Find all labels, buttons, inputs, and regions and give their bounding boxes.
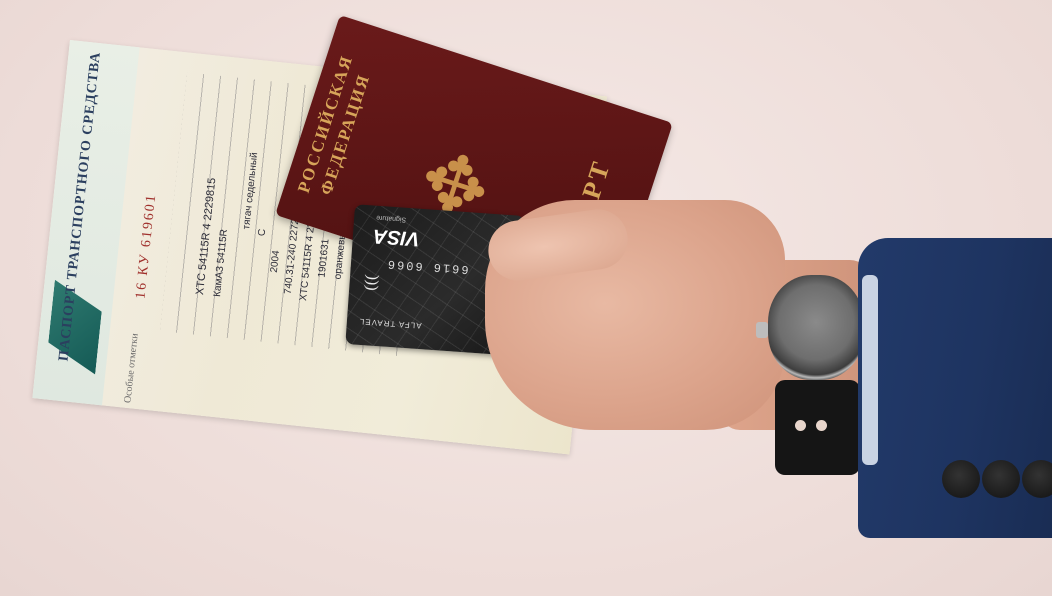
- vehicle-passport-field: 2004: [269, 250, 282, 273]
- visa-logo: VISA: [372, 224, 420, 250]
- sleeve-button: [942, 460, 980, 498]
- watch-strap-holes: [795, 418, 845, 434]
- watch-crown: [756, 322, 768, 338]
- vehicle-passport-special-marks: Особые отметки: [122, 333, 140, 404]
- sleeve-button: [1022, 460, 1052, 498]
- sleeve-button: [982, 460, 1020, 498]
- vehicle-passport-serial: 16 КУ 619601: [133, 193, 160, 300]
- contactless-icon: ))): [362, 274, 381, 291]
- shirt-cuff: [862, 275, 878, 465]
- vehicle-passport-field: C: [257, 228, 269, 236]
- watch-face: [768, 275, 864, 380]
